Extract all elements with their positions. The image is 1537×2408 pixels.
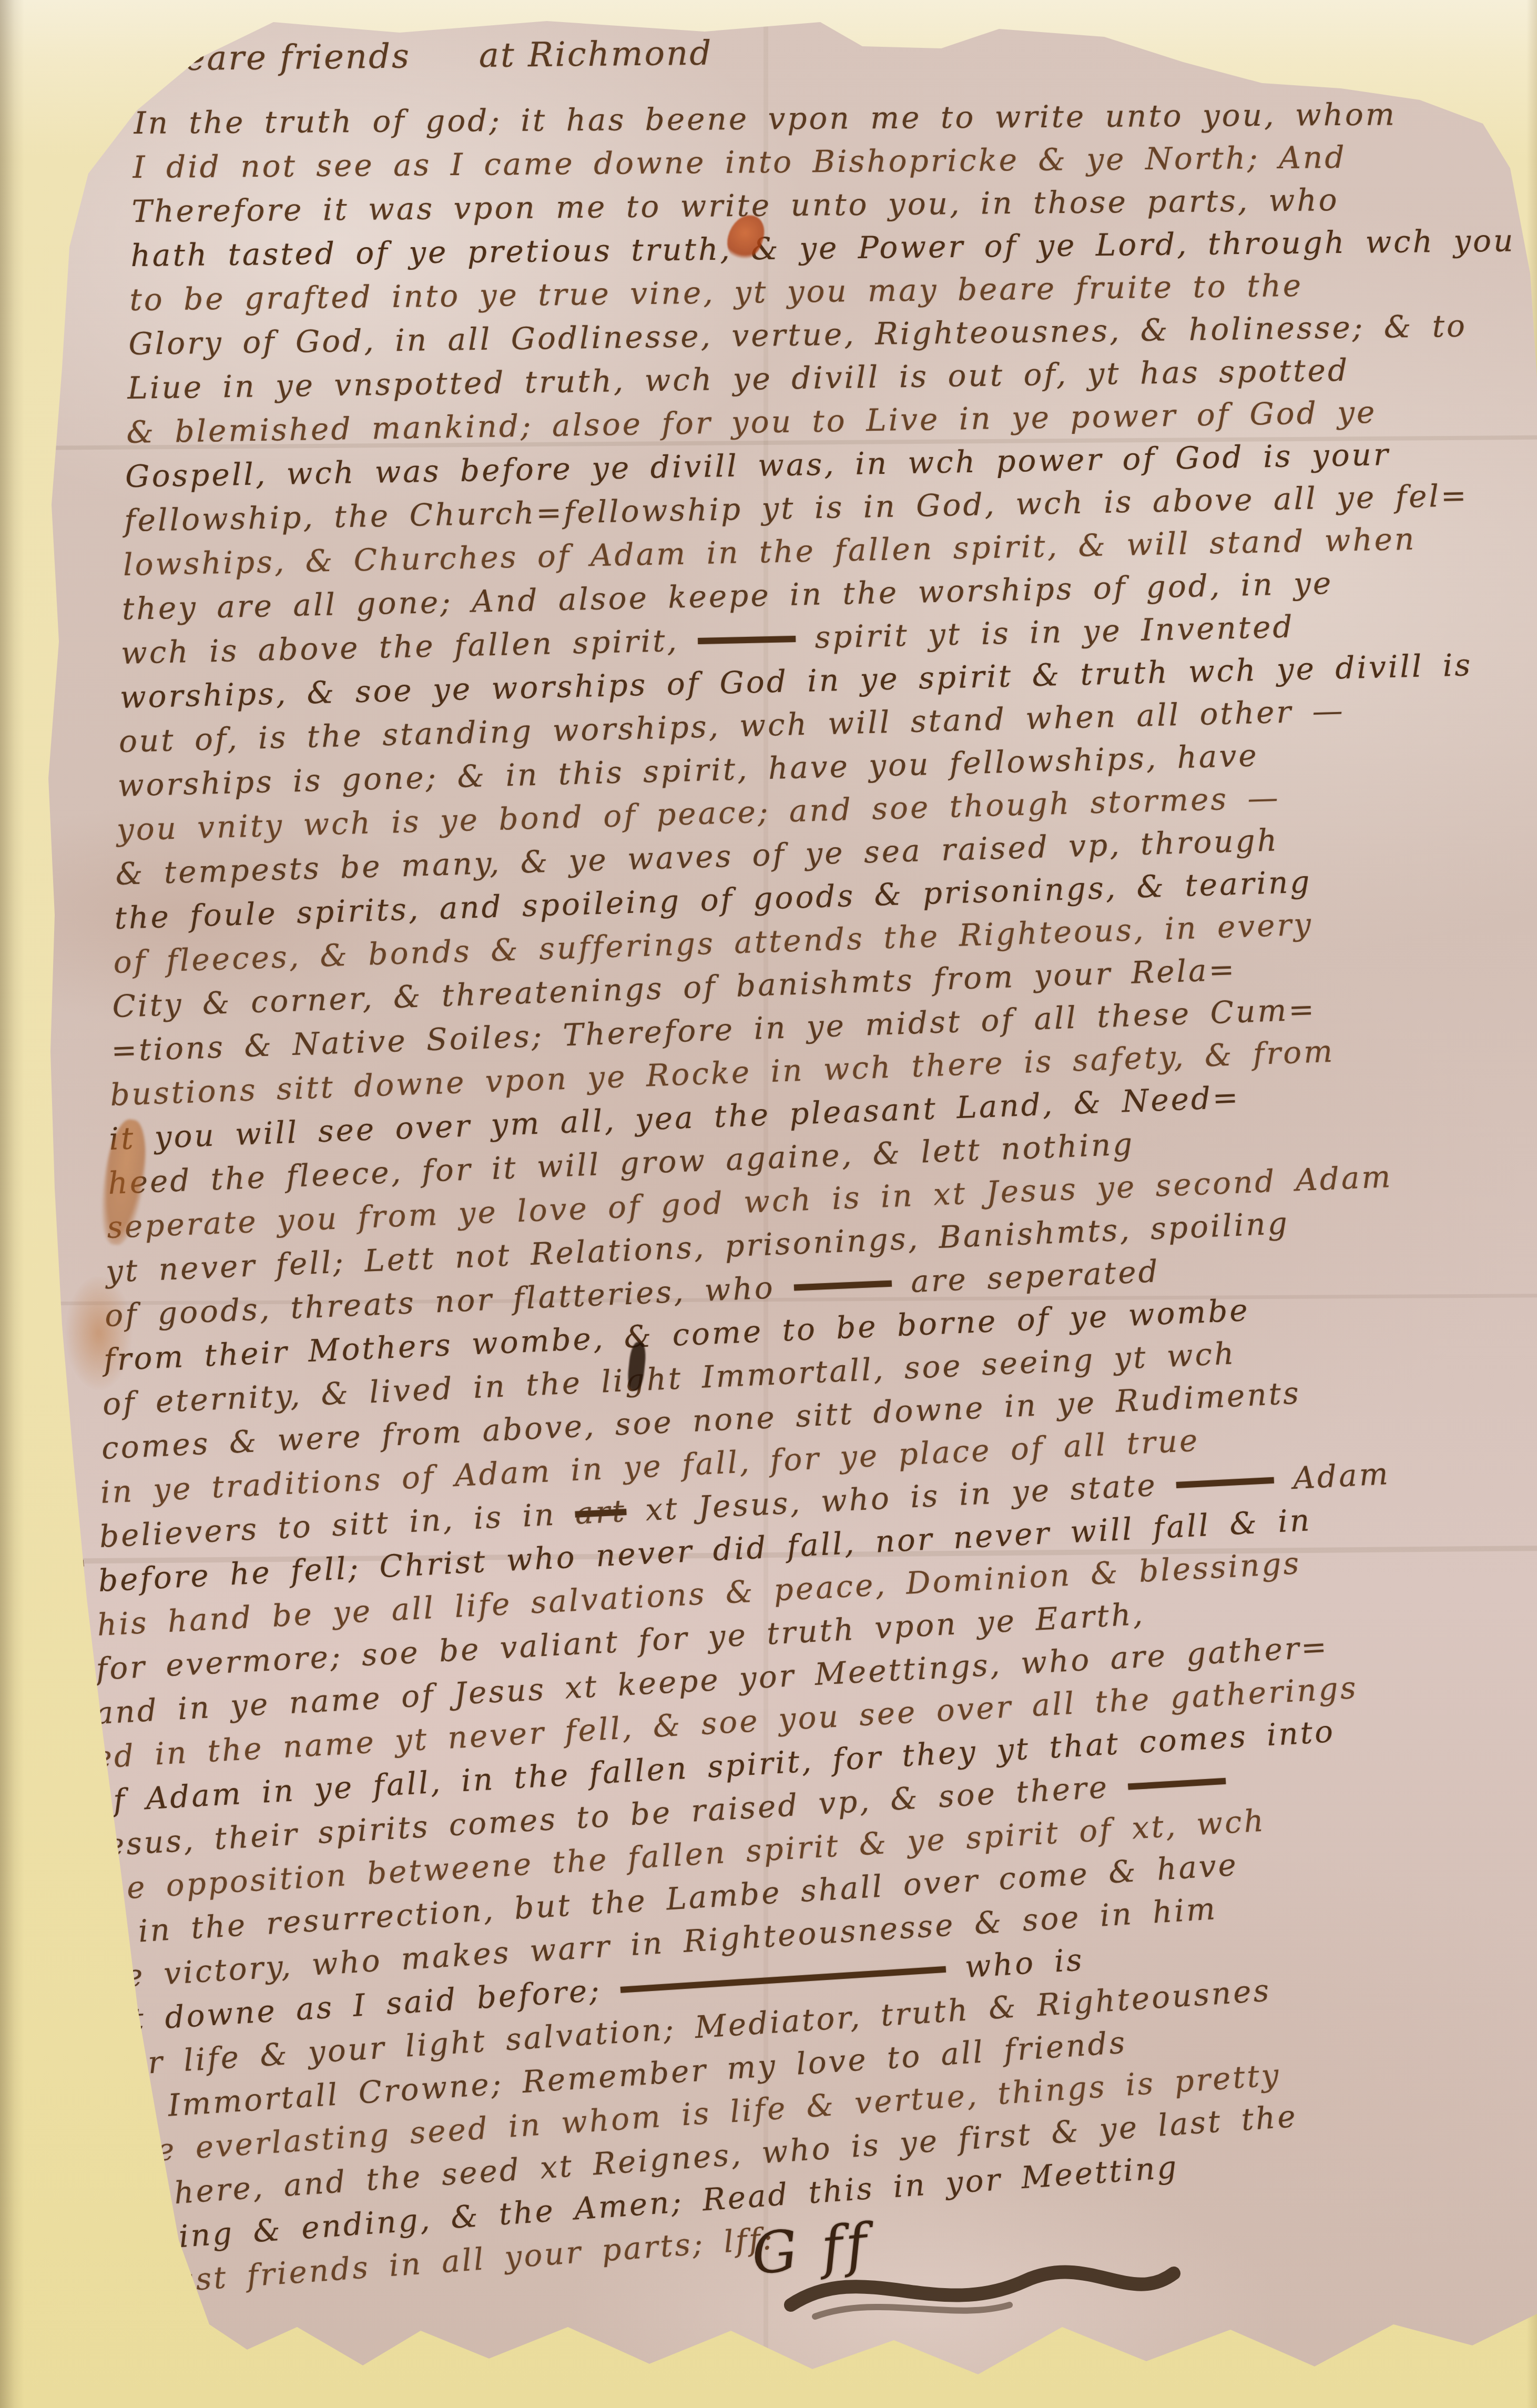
letter-heading-left: Deare friends [157, 37, 411, 78]
heading-gap [411, 67, 479, 67]
signature: G ff [752, 2211, 1225, 2332]
letter-heading-right: at Richmond [479, 34, 712, 75]
backing-left-shadow [0, 0, 24, 2408]
letter-body: In the truth of god; it has beene vpon m… [134, 101, 1512, 2310]
page: { "page": { "description": "Handwritten … [0, 0, 1537, 2408]
letter-heading: Deare friendsat Richmond [157, 34, 713, 78]
signature-flourish [783, 2243, 1183, 2332]
manuscript-paper: Deare friendsat Richmond In the truth of… [0, 0, 1537, 2408]
